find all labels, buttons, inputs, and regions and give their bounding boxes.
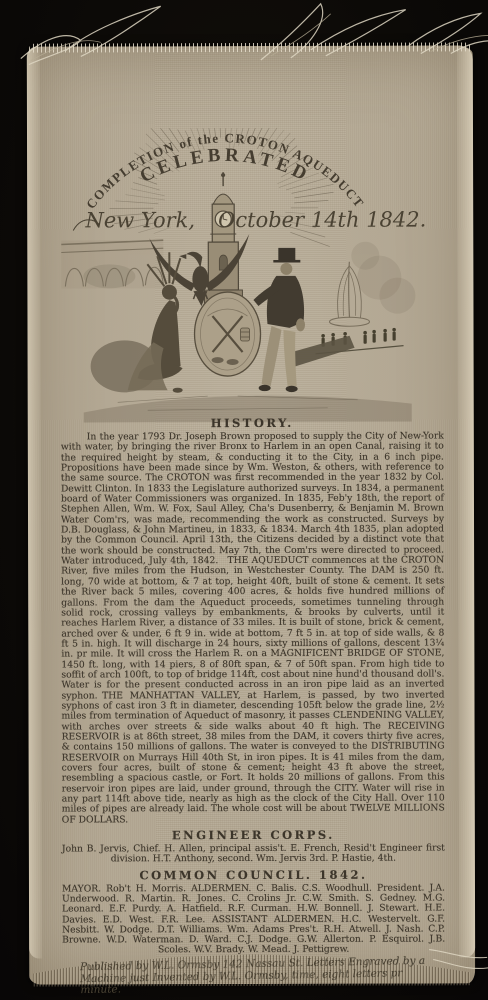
common-council-names: MAYOR. Rob't H. Morris. ALDERMEN. C. Bal… [62,883,445,956]
gentleman-figure [253,248,354,392]
city-arms-shield [194,292,260,376]
engraved-vignette: COMPLETION of the CROTON AQUEDUCT CELEBR… [27,127,474,422]
history-paragraph: In the year 1793 Dr. Joseph Brown propos… [61,431,445,825]
history-heading: HISTORY. [61,415,444,430]
top-hat-icon [278,248,295,261]
history-para1: In the year 1793 Dr. Joseph Brown propos… [61,430,444,566]
beaver-icon [227,359,239,365]
barrel-icon [241,328,250,341]
engineer-corps-heading: ENGINEER CORPS. [62,828,445,843]
engineer-corps-names: John B. Jervis, Chief. H. Allen, princip… [62,844,445,866]
beaver-icon [212,357,224,363]
photograph-frame: COMPLETION of the CROTON AQUEDUCT CELEBR… [0,0,488,1000]
printed-text-column: HISTORY. In the year 1793 Dr. Joseph Bro… [61,415,446,994]
date-script-right: October 14th 1842. [218,208,426,233]
frayed-threads-top [11,0,488,73]
silk-ribbon: COMPLETION of the CROTON AQUEDUCT CELEBR… [27,45,475,984]
history-para4: The RECEIVING RESERVOIR is at 86th stree… [62,720,445,825]
common-council-heading: COMMON COUNCIL. 1842. [62,867,445,882]
date-script-left: New York, [84,208,195,232]
woven-top-edge [29,42,471,52]
fountain [329,242,415,327]
history-para2: THE AQUEDUCT commences at the CROTON Riv… [61,555,444,701]
bench [286,336,355,368]
